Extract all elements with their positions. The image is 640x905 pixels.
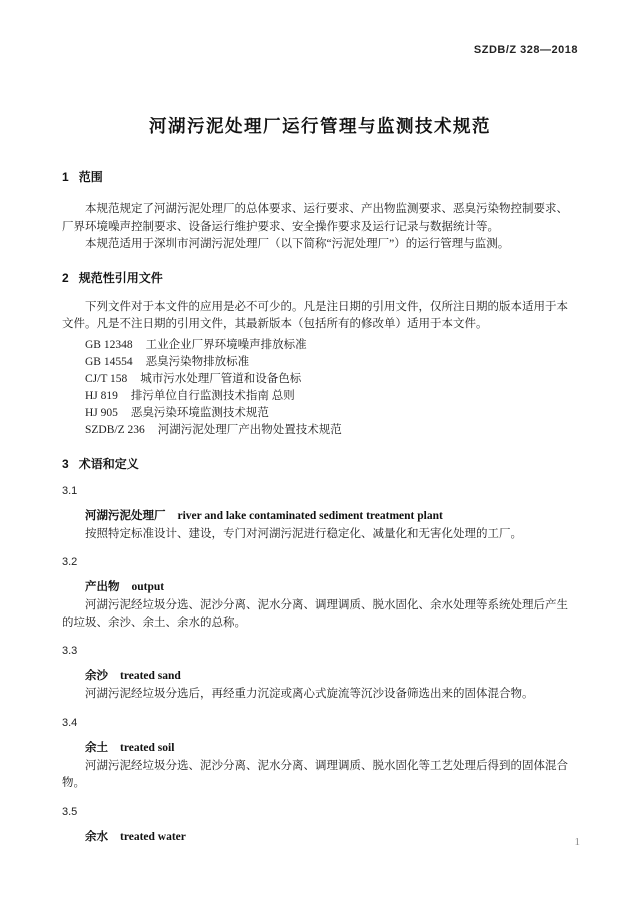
- term-line: 产出物output: [85, 579, 578, 595]
- reference-code: HJ 905: [85, 407, 118, 419]
- term-chinese: 余土: [85, 742, 108, 754]
- term-number: 3.1: [62, 484, 578, 499]
- section1-para2: 本规范适用于深圳市河湖污泥处理厂（以下简称“污泥处理厂”）的运行管理与监测。: [62, 236, 578, 254]
- reference-code: GB 12348: [85, 339, 133, 351]
- section3-title: 术语和定义: [79, 457, 139, 471]
- reference-code: GB 14554: [85, 356, 133, 368]
- reference-item: CJ/T 158城市污水处理厂管道和设备色标: [85, 371, 578, 388]
- page-number: 1: [575, 834, 581, 852]
- section-terms-definitions: 3术语和定义 3.1 河湖污泥处理厂river and lake contami…: [62, 457, 578, 845]
- term-english: river and lake contaminated sediment tre…: [178, 510, 443, 522]
- term-block: 3.5 余水treated water: [62, 805, 578, 845]
- term-chinese: 河湖污泥处理厂: [85, 510, 166, 522]
- reference-title: 城市污水处理厂管道和设备色标: [140, 373, 301, 385]
- reference-code: SZDB/Z 236: [85, 424, 145, 436]
- section-scope: 1范围 本规范规定了河湖污泥处理厂的总体要求、运行要求、产出物监测要求、恶臭污染…: [62, 170, 578, 254]
- reference-title: 工业企业厂界环境噪声排放标准: [146, 339, 307, 351]
- term-number: 3.4: [62, 716, 578, 731]
- reference-code: CJ/T 158: [85, 373, 127, 385]
- term-chinese: 余沙: [85, 670, 108, 682]
- doc-number: SZDB/Z 328—2018: [474, 44, 578, 56]
- term-block: 3.2 产出物output 河湖污泥经垃圾分选、泥沙分离、泥水分离、调理调质、脱…: [62, 555, 578, 632]
- section1-heading: 1范围: [62, 170, 578, 185]
- section2-title: 规范性引用文件: [79, 271, 163, 285]
- term-number: 3.3: [62, 644, 578, 659]
- section1-body: 本规范规定了河湖污泥处理厂的总体要求、运行要求、产出物监测要求、恶臭污染物控制要…: [62, 201, 578, 254]
- section-normative-references: 2规范性引用文件 下列文件对于本文件的应用是必不可少的。凡是注日期的引用文件，仅…: [62, 271, 578, 439]
- term-definition: 河湖污泥经垃圾分选、泥沙分离、泥水分离、调理调质、脱水固化、余水处理等系统处理后…: [62, 597, 578, 632]
- term-block: 3.4 余土treated soil 河湖污泥经垃圾分选、泥沙分离、泥水分离、调…: [62, 716, 578, 793]
- section1-title: 范围: [79, 170, 103, 184]
- document-page: SZDB/Z 328—2018 河湖污泥处理厂运行管理与监测技术规范 1范围 本…: [0, 0, 640, 905]
- section2-para1: 下列文件对于本文件的应用是必不可少的。凡是注日期的引用文件，仅所注日期的版本适用…: [62, 299, 578, 334]
- term-chinese: 产出物: [85, 581, 120, 593]
- term-english: treated water: [120, 831, 186, 843]
- term-number: 3.5: [62, 805, 578, 820]
- document-header: SZDB/Z 328—2018: [62, 43, 578, 57]
- term-definition: 河湖污泥经垃圾分选后，再经重力沉淀或离心式旋流等沉沙设备筛选出来的固体混合物。: [62, 686, 578, 704]
- term-english: output: [132, 581, 165, 593]
- reference-list: GB 12348工业企业厂界环境噪声排放标准 GB 14554恶臭污染物排放标准…: [85, 337, 578, 439]
- term-line: 余水treated water: [85, 829, 578, 845]
- reference-title: 排污单位自行监测技术指南 总则: [131, 390, 295, 402]
- term-definition: 河湖污泥经垃圾分选、泥沙分离、泥水分离、调理调质、脱水固化等工艺处理后得到的固体…: [62, 758, 578, 793]
- section3-number: 3: [62, 457, 69, 471]
- term-chinese: 余水: [85, 831, 108, 843]
- reference-title: 恶臭污染物排放标准: [146, 356, 250, 368]
- section2-body: 下列文件对于本文件的应用是必不可少的。凡是注日期的引用文件，仅所注日期的版本适用…: [62, 299, 578, 334]
- section2-heading: 2规范性引用文件: [62, 271, 578, 286]
- term-english: treated soil: [120, 742, 174, 754]
- reference-item: HJ 819排污单位自行监测技术指南 总则: [85, 388, 578, 405]
- section3-heading: 3术语和定义: [62, 457, 578, 472]
- reference-item: SZDB/Z 236河湖污泥处理厂产出物处置技术规范: [85, 422, 578, 439]
- term-block: 3.3 余沙treated sand 河湖污泥经垃圾分选后，再经重力沉淀或离心式…: [62, 644, 578, 704]
- section1-para1: 本规范规定了河湖污泥处理厂的总体要求、运行要求、产出物监测要求、恶臭污染物控制要…: [62, 201, 578, 236]
- term-number: 3.2: [62, 555, 578, 570]
- reference-title: 恶臭污染环境监测技术规范: [131, 407, 269, 419]
- term-definition: 按照特定标准设计、建设，专门对河湖污泥进行稳定化、减量化和无害化处理的工厂。: [62, 526, 578, 544]
- reference-item: HJ 905恶臭污染环境监测技术规范: [85, 405, 578, 422]
- reference-code: HJ 819: [85, 390, 118, 402]
- reference-title: 河湖污泥处理厂产出物处置技术规范: [158, 424, 342, 436]
- term-line: 河湖污泥处理厂river and lake contaminated sedim…: [85, 508, 578, 524]
- section2-number: 2: [62, 271, 69, 285]
- reference-item: GB 14554恶臭污染物排放标准: [85, 354, 578, 371]
- term-line: 余土treated soil: [85, 740, 578, 756]
- term-line: 余沙treated sand: [85, 668, 578, 684]
- reference-item: GB 12348工业企业厂界环境噪声排放标准: [85, 337, 578, 354]
- document-title: 河湖污泥处理厂运行管理与监测技术规范: [62, 115, 578, 138]
- term-english: treated sand: [120, 670, 181, 682]
- term-block: 3.1 河湖污泥处理厂river and lake contaminated s…: [62, 484, 578, 544]
- section1-number: 1: [62, 170, 69, 184]
